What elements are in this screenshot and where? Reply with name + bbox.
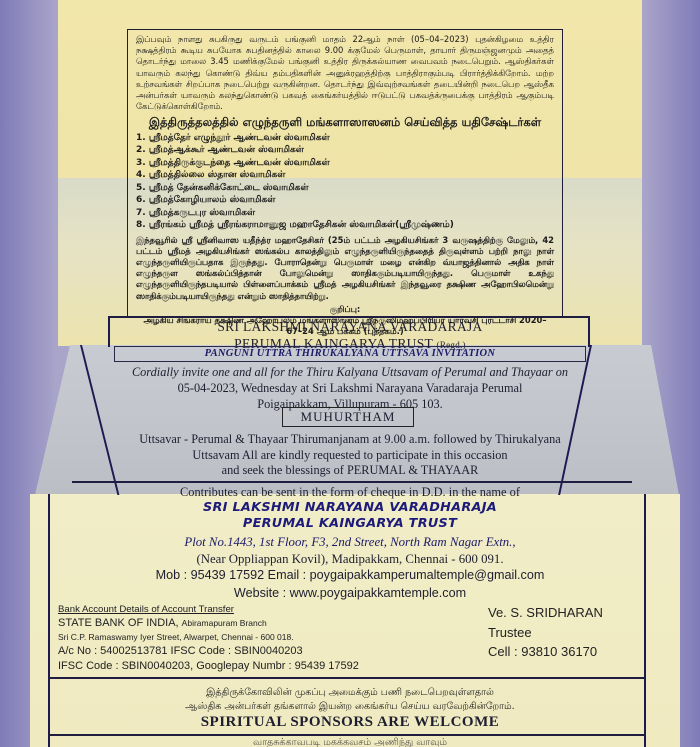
trust-address: Plot No.1443, 1st Floor, F3, 2nd Street,… bbox=[0, 534, 700, 567]
list-item: 2. ஸ்ரீமத்ஆக்கூர் ஆண்டவன் ஸ்வாமிகள் bbox=[136, 144, 554, 157]
list-item: 4. ஸ்ரீமத்தில்லை ஸ்தான ஸ்வாமிகள் bbox=[136, 169, 554, 182]
address-line1: Plot No.1443, 1st Floor, F3, 2nd Street,… bbox=[0, 534, 700, 551]
trust-name-line2: PERUMAL KAINGARYA TRUST bbox=[0, 516, 700, 532]
bank-address: Sri C.P. Ramaswamy Iyer Street, Alwarpet… bbox=[58, 630, 359, 644]
divider bbox=[48, 677, 646, 679]
bank-ifsc-gpay: IFSC Code : SBIN0040203, Googlepay Numbr… bbox=[58, 659, 359, 674]
divider bbox=[48, 734, 646, 736]
muhurtham-line3: and seek the blessings of PERUMAL & THAY… bbox=[0, 463, 700, 479]
contact-mobile-email[interactable]: Mob : 95439 17592 Email : poygaipakkampe… bbox=[0, 566, 700, 584]
tamil-heading: இத்திருத்தலத்தில் எழுந்தருளி மங்களாஸாஸனம… bbox=[136, 117, 554, 128]
trust-name-line1: SRI LAKSHMI NARAYANA VARADHARAJA bbox=[0, 500, 700, 516]
divider bbox=[72, 481, 632, 483]
list-item: 1. ஸ்ரீமத்தேர் எழுந்தூர் ஆண்டவன் ஸ்வாமிக… bbox=[136, 132, 554, 145]
bank-name-line: STATE BANK OF INDIA, Abiramapuram Branch bbox=[58, 616, 359, 630]
muhurtham-line2: Uttsavam All are kindly requested to par… bbox=[0, 448, 700, 464]
note-label: குறிப்பு: bbox=[136, 304, 554, 315]
sponsor-heading: SPIRITUAL SPONSORS ARE WELCOME bbox=[0, 713, 700, 731]
address-line2: (Near Oppliappan Kovil), Madipakkam, Che… bbox=[0, 551, 700, 568]
muhurtham-text: Uttsavar - Perumal & Thayaar Thirumanjan… bbox=[0, 432, 700, 479]
bank-details: Bank Account Details of Account Transfer… bbox=[58, 603, 359, 674]
list-item: 5. ஸ்ரீமத் தேன்கனிக்கோட்டை ஸ்வாமிகள் bbox=[136, 182, 554, 195]
bank-name: STATE BANK OF INDIA, bbox=[58, 617, 179, 629]
trustee-cell: Cell : 93810 36170 bbox=[488, 642, 603, 662]
tamil-notice-box: இப்பவும் நாளது சுபகிருது வருடம் பங்குனி … bbox=[127, 29, 563, 317]
bank-account: A/c No : 54002513781 IFSC Code : SBIN004… bbox=[58, 644, 359, 659]
invitation-text: Cordially invite one and all for the Thi… bbox=[0, 364, 700, 412]
list-item: 7. ஸ்ரீமத்கருடபுர ஸ்வாமிகள் bbox=[136, 207, 554, 220]
bank-header: Bank Account Details of Account Transfer bbox=[58, 603, 359, 616]
sponsor-tamil-line2: ஆஸ்திக அன்பர்கள் தங்களால் இயன்ற கைங்கர்ய… bbox=[0, 700, 700, 714]
list-item: 3. ஸ்ரீமத்திருக்குடந்தை ஆண்டவன் ஸ்வாமிகள… bbox=[136, 157, 554, 170]
contact-info: Mob : 95439 17592 Email : poygaipakkampe… bbox=[0, 566, 700, 602]
invitation-line1: Cordially invite one and all for the Thi… bbox=[0, 364, 700, 380]
bank-branch: Abiramapuram Branch bbox=[182, 618, 267, 628]
list-item: 8. ஸ்ரீரங்கம் ஸ்ரீமத் ஸ்ரீரங்கராமானுஜ மஹ… bbox=[136, 219, 554, 232]
muhurtham-label: MUHURTHAM bbox=[282, 407, 414, 427]
trust-title-line1: SRI LAKSHMI NARAYANA VARADARAJA bbox=[0, 318, 700, 335]
sponsor-tamil: இத்திருக்கோவிலின் முகப்பு அமைக்கும் பணி … bbox=[0, 686, 700, 714]
trustee-role: Trustee bbox=[488, 623, 603, 643]
contribution-intro: Contributes can be sent in the form of c… bbox=[0, 484, 700, 500]
website-link[interactable]: Website : www.poygaipakkamtemple.com bbox=[0, 584, 700, 602]
list-item: 6. ஸ்ரீமத்கோழியாலம் ஸ்வாமிகள் bbox=[136, 194, 554, 207]
cut-off-text: வாதசுக்காவபடி மகக்கவசம் அணிந்து வாவும் bbox=[0, 737, 700, 747]
muhurtham-line1: Uttsavar - Perumal & Thayaar Thirumanjan… bbox=[0, 432, 700, 448]
trustee-info: Ve. S. SRIDHARAN Trustee Cell : 93810 36… bbox=[488, 603, 603, 662]
contribution-trust-name: SRI LAKSHMI NARAYANA VARADHARAJA PERUMAL… bbox=[0, 500, 700, 532]
invitation-line2: 05-04-2023, Wednesday at Sri Lakshmi Nar… bbox=[0, 380, 700, 396]
tamil-paragraph: இப்பவும் நாளது சுபகிருது வருடம் பங்குனி … bbox=[136, 34, 554, 112]
tamil-history: இந்தவூரில் ஸ்ரீ ஸ்ரீனிவாஸ யதீந்த்ர மஹாதே… bbox=[136, 235, 554, 302]
acharya-list: 1. ஸ்ரீமத்தேர் எழுந்தூர் ஆண்டவன் ஸ்வாமிக… bbox=[136, 132, 554, 232]
invitation-banner: PANGUNI UTTRA THIRUKALYANA UTTSAVA INVIT… bbox=[114, 346, 586, 362]
trustee-name: Ve. S. SRIDHARAN bbox=[488, 603, 603, 623]
sponsor-tamil-line1: இத்திருக்கோவிலின் முகப்பு அமைக்கும் பணி … bbox=[0, 686, 700, 700]
